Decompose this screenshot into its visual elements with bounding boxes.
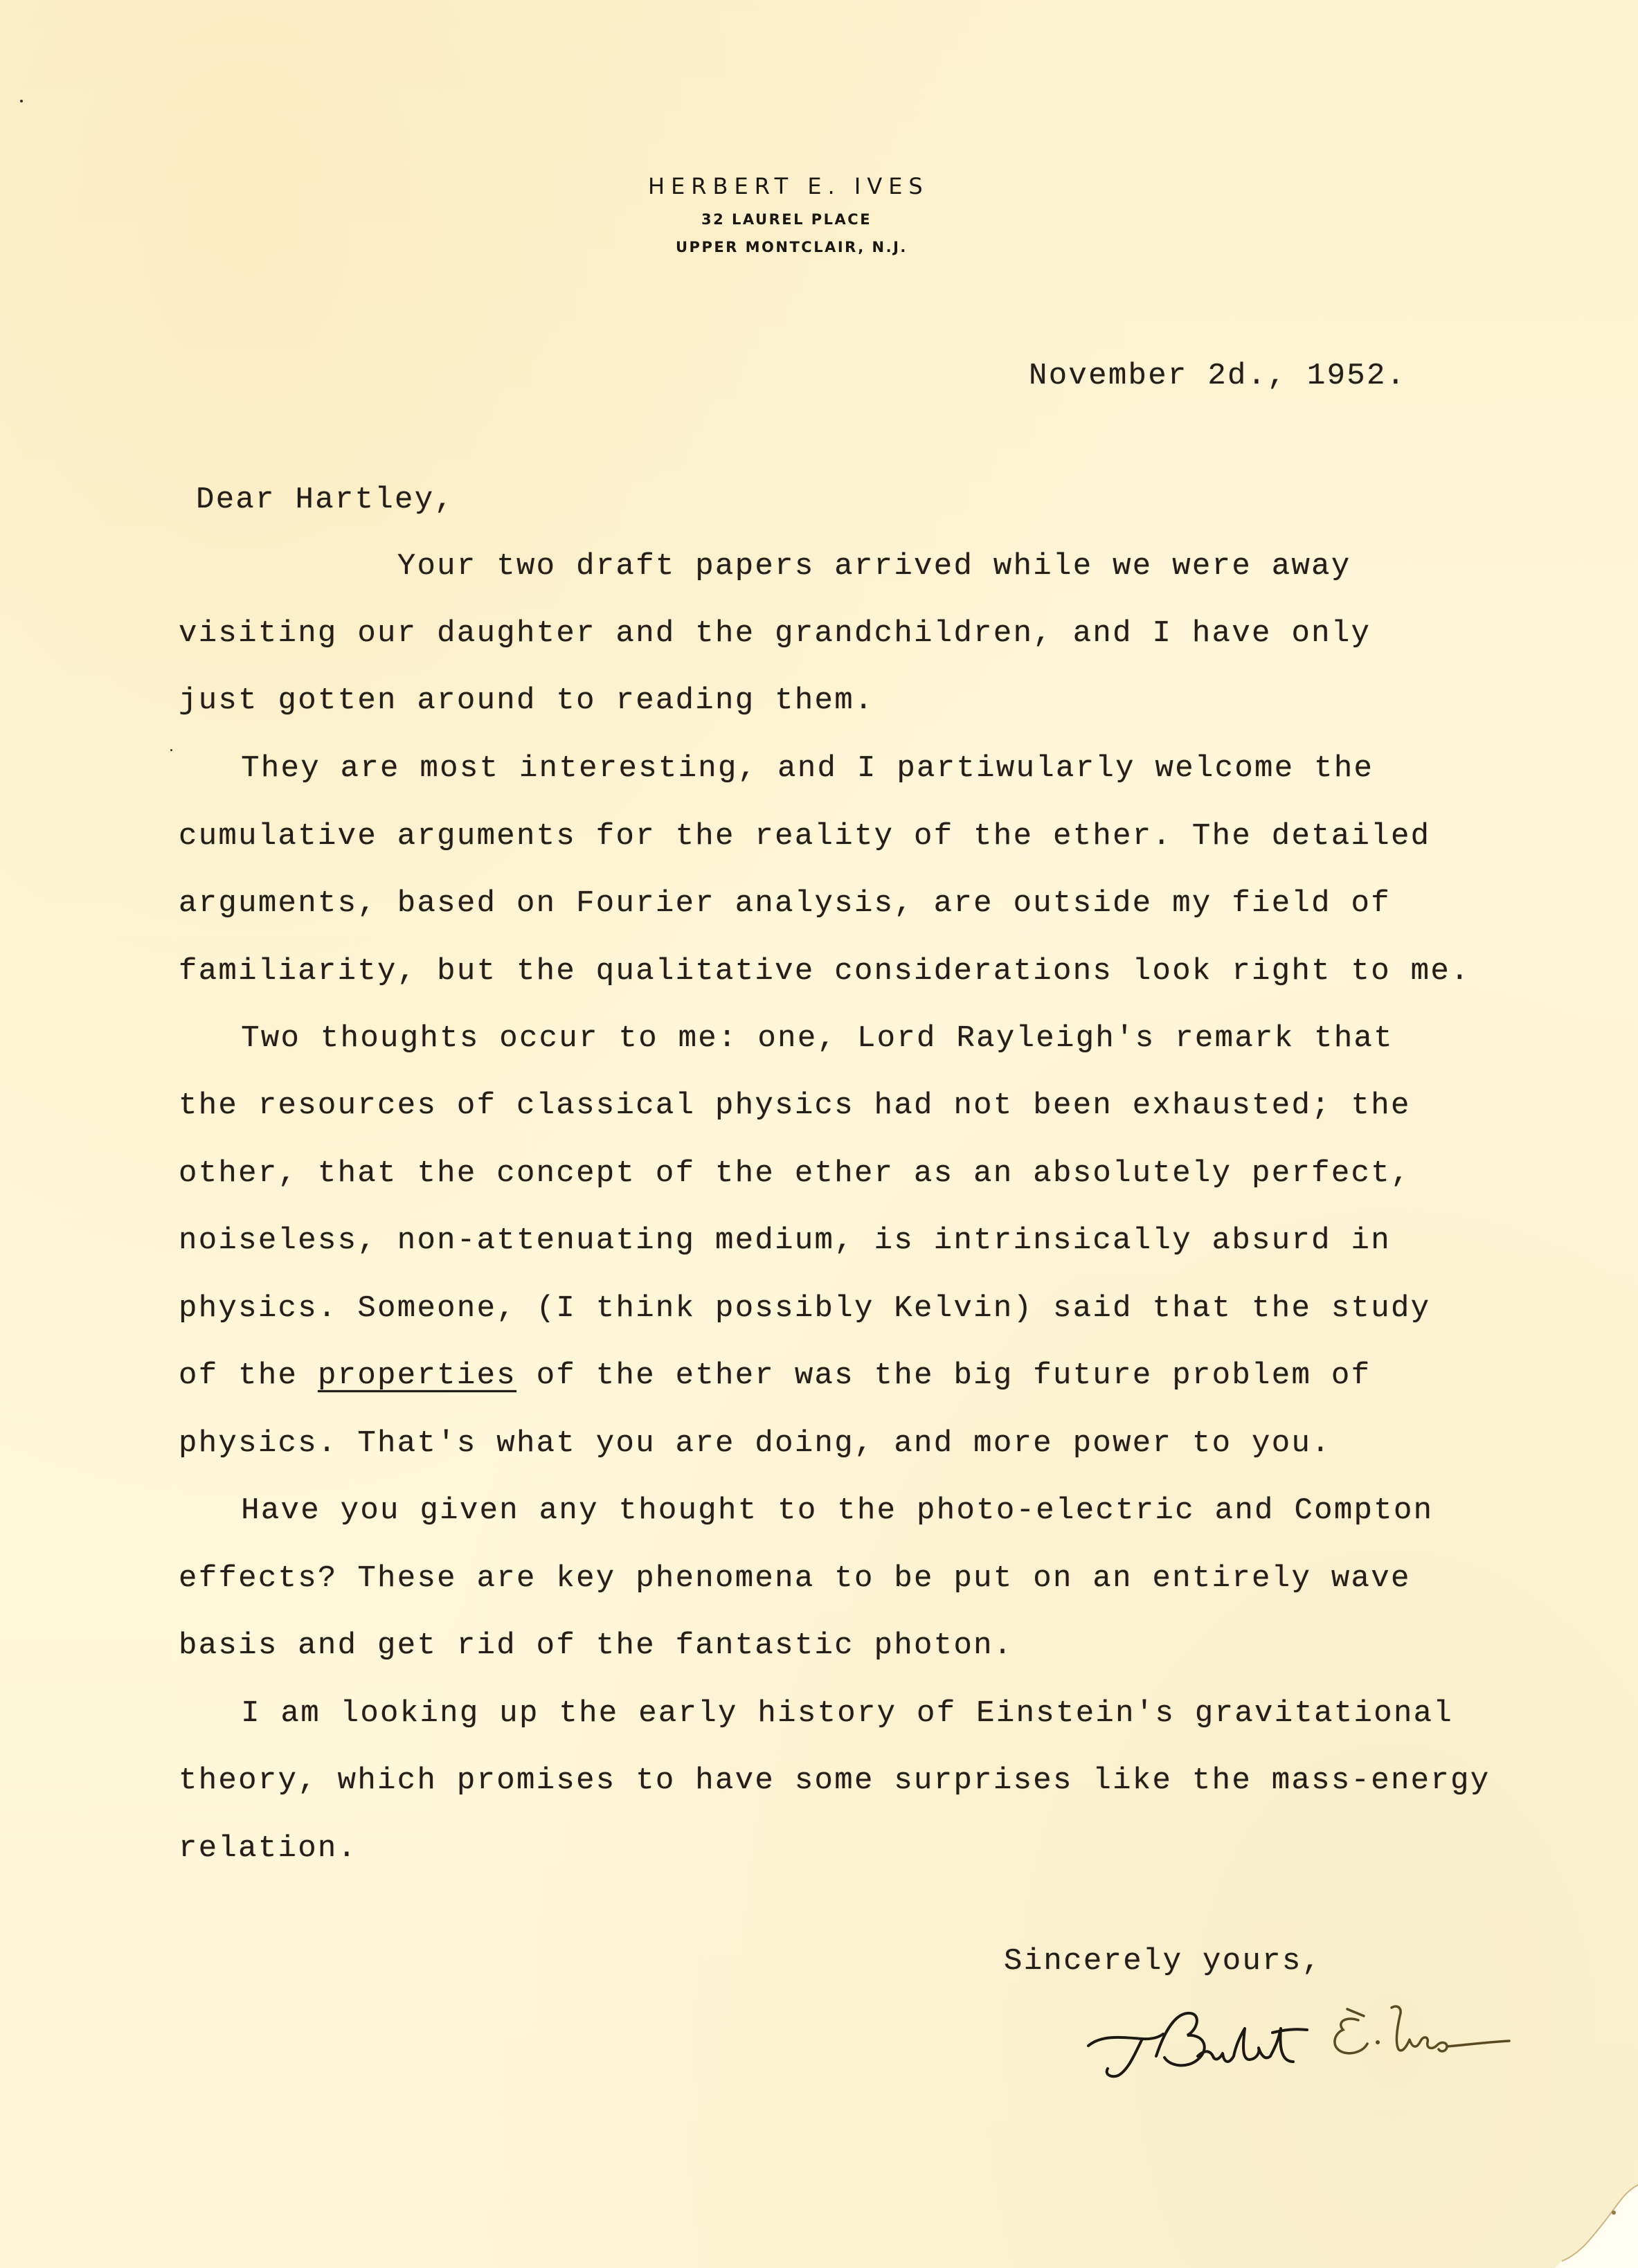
body-text: of the ether was the big future problem … <box>516 1358 1371 1393</box>
body-line: of the properties of the ether was the b… <box>179 1358 1371 1393</box>
handwritten-signature <box>1087 1987 1516 2084</box>
body-line: relation. <box>179 1831 357 1866</box>
letterhead-city: UPPER MONTCLAIR, N.J. <box>676 239 908 255</box>
body-line: noiseless, non-attenuating medium, is in… <box>179 1223 1391 1258</box>
underlined-word-properties: properties <box>318 1358 516 1393</box>
paper-speck <box>20 100 23 102</box>
body-line: the resources of classical physics had n… <box>179 1088 1411 1123</box>
body-line: just gotten around to reading them. <box>179 683 874 718</box>
letter-date: November 2d., 1952. <box>1029 359 1406 393</box>
body-line: cumulative arguments for the reality of … <box>179 819 1430 854</box>
body-line: visiting our daughter and the grandchild… <box>179 616 1371 651</box>
body-line: Your two draft papers arrived while we w… <box>179 549 1351 584</box>
body-line: physics. Someone, (I think possibly Kelv… <box>179 1291 1430 1326</box>
closing: Sincerely yours, <box>1004 1944 1322 1979</box>
body-line: effects? These are key phenomena to be p… <box>179 1561 1411 1596</box>
body-line: I am looking up the early history of Ein… <box>181 1696 1453 1731</box>
paper-speck <box>170 749 172 751</box>
salutation: Dear Hartley, <box>196 483 454 517</box>
body-line: familiarity, but the qualitative conside… <box>179 954 1470 989</box>
torn-corner <box>1520 2143 1638 2268</box>
body-line: arguments, based on Fourier analysis, ar… <box>179 886 1391 921</box>
body-line: physics. That's what you are doing, and … <box>179 1426 1331 1461</box>
body-line: They are most interesting, and I partiwu… <box>181 751 1374 786</box>
letterhead-name: HERBERT E. IVES <box>648 173 929 199</box>
body-line: basis and get rid of the fantastic photo… <box>179 1628 1014 1663</box>
body-line: theory, which promises to have some surp… <box>179 1763 1490 1798</box>
body-text: of the <box>179 1358 318 1393</box>
letterhead-street: 32 LAUREL PLACE <box>701 211 872 228</box>
body-line: Have you given any thought to the photo-… <box>181 1493 1433 1528</box>
body-line: Two thoughts occur to me: one, Lord Rayl… <box>181 1021 1394 1056</box>
body-line: other, that the concept of the ether as … <box>179 1156 1411 1191</box>
